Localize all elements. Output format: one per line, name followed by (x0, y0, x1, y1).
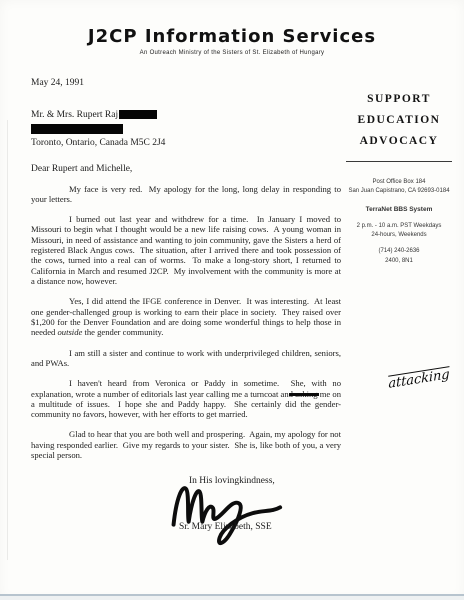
signer-name: Sr. Mary Elizabeth, SSE (179, 522, 272, 532)
motto-education: EDUCATION (340, 114, 458, 126)
redaction-bar-2 (31, 124, 123, 134)
closing-block: In His lovingkindness, Sr. Mary Elizabet… (31, 476, 341, 546)
scan-bottom-margin (0, 596, 464, 600)
paragraph-6: Glad to hear that you are both well and … (31, 429, 341, 460)
paragraph-5: I haven't heard from Veronica or Paddy i… (31, 378, 341, 419)
recipient-city: Toronto, Ontario, Canada M5C 2J4 (31, 136, 341, 150)
struck-word: asking (295, 389, 317, 399)
page-bottom-edge (0, 594, 464, 596)
handwritten-annotation: attacking (388, 367, 449, 392)
motto-block: SUPPORT EDUCATION ADVOCACY (340, 93, 458, 147)
po-box-line: Post Office Box 184 (340, 178, 458, 187)
org-tagline: An Outreach Ministry of the Sisters of S… (0, 50, 464, 56)
sidebar: SUPPORT EDUCATION ADVOCACY Post Office B… (340, 93, 458, 266)
letterhead: J2CP Information Services An Outreach Mi… (0, 0, 464, 56)
paragraph-3: Yes, I did attend the IFGE conference in… (31, 296, 341, 337)
bbs-settings: 2400, 8N1 (340, 257, 458, 266)
bbs-phone: (714) 240-2636 (340, 247, 458, 256)
redaction-bar-1 (119, 110, 157, 119)
salutation: Dear Rupert and Michelle, (31, 164, 341, 174)
recipient-name-line: Mr. & Mrs. Rupert Raj (31, 108, 341, 122)
paragraph-3-end: the gender community. (82, 327, 163, 337)
italic-word-outside: outside (57, 327, 82, 337)
bbs-hours-weekday: 2 p.m. - 10 a.m. PST Weekdays (340, 222, 458, 231)
city-line: San Juan Capistrano, CA 92693-0184 (340, 187, 458, 196)
letter-date: May 24, 1991 (31, 78, 464, 88)
motto-advocacy: ADVOCACY (340, 135, 458, 147)
org-name: J2CP Information Services (0, 26, 464, 47)
sidebar-divider (346, 161, 452, 162)
letter-body: Mr. & Mrs. Rupert Raj Toronto, Ontario, … (31, 108, 341, 546)
recipient-block: Mr. & Mrs. Rupert Raj Toronto, Ontario, … (31, 108, 341, 151)
recipient-name: Mr. & Mrs. Rupert Raj (31, 110, 118, 120)
paragraph-2: I burned out last year and withdrew for … (31, 214, 341, 286)
signature (149, 480, 309, 552)
bbs-hours-weekend: 24-hours, Weekends (340, 231, 458, 240)
paragraph-1: My face is very red. My apology for the … (31, 184, 341, 205)
motto-support: SUPPORT (340, 93, 458, 105)
paragraph-4: I am still a sister and continue to work… (31, 348, 341, 369)
letter-page: J2CP Information Services An Outreach Mi… (0, 0, 464, 600)
bbs-title: TerraNet BBS System (340, 205, 458, 215)
